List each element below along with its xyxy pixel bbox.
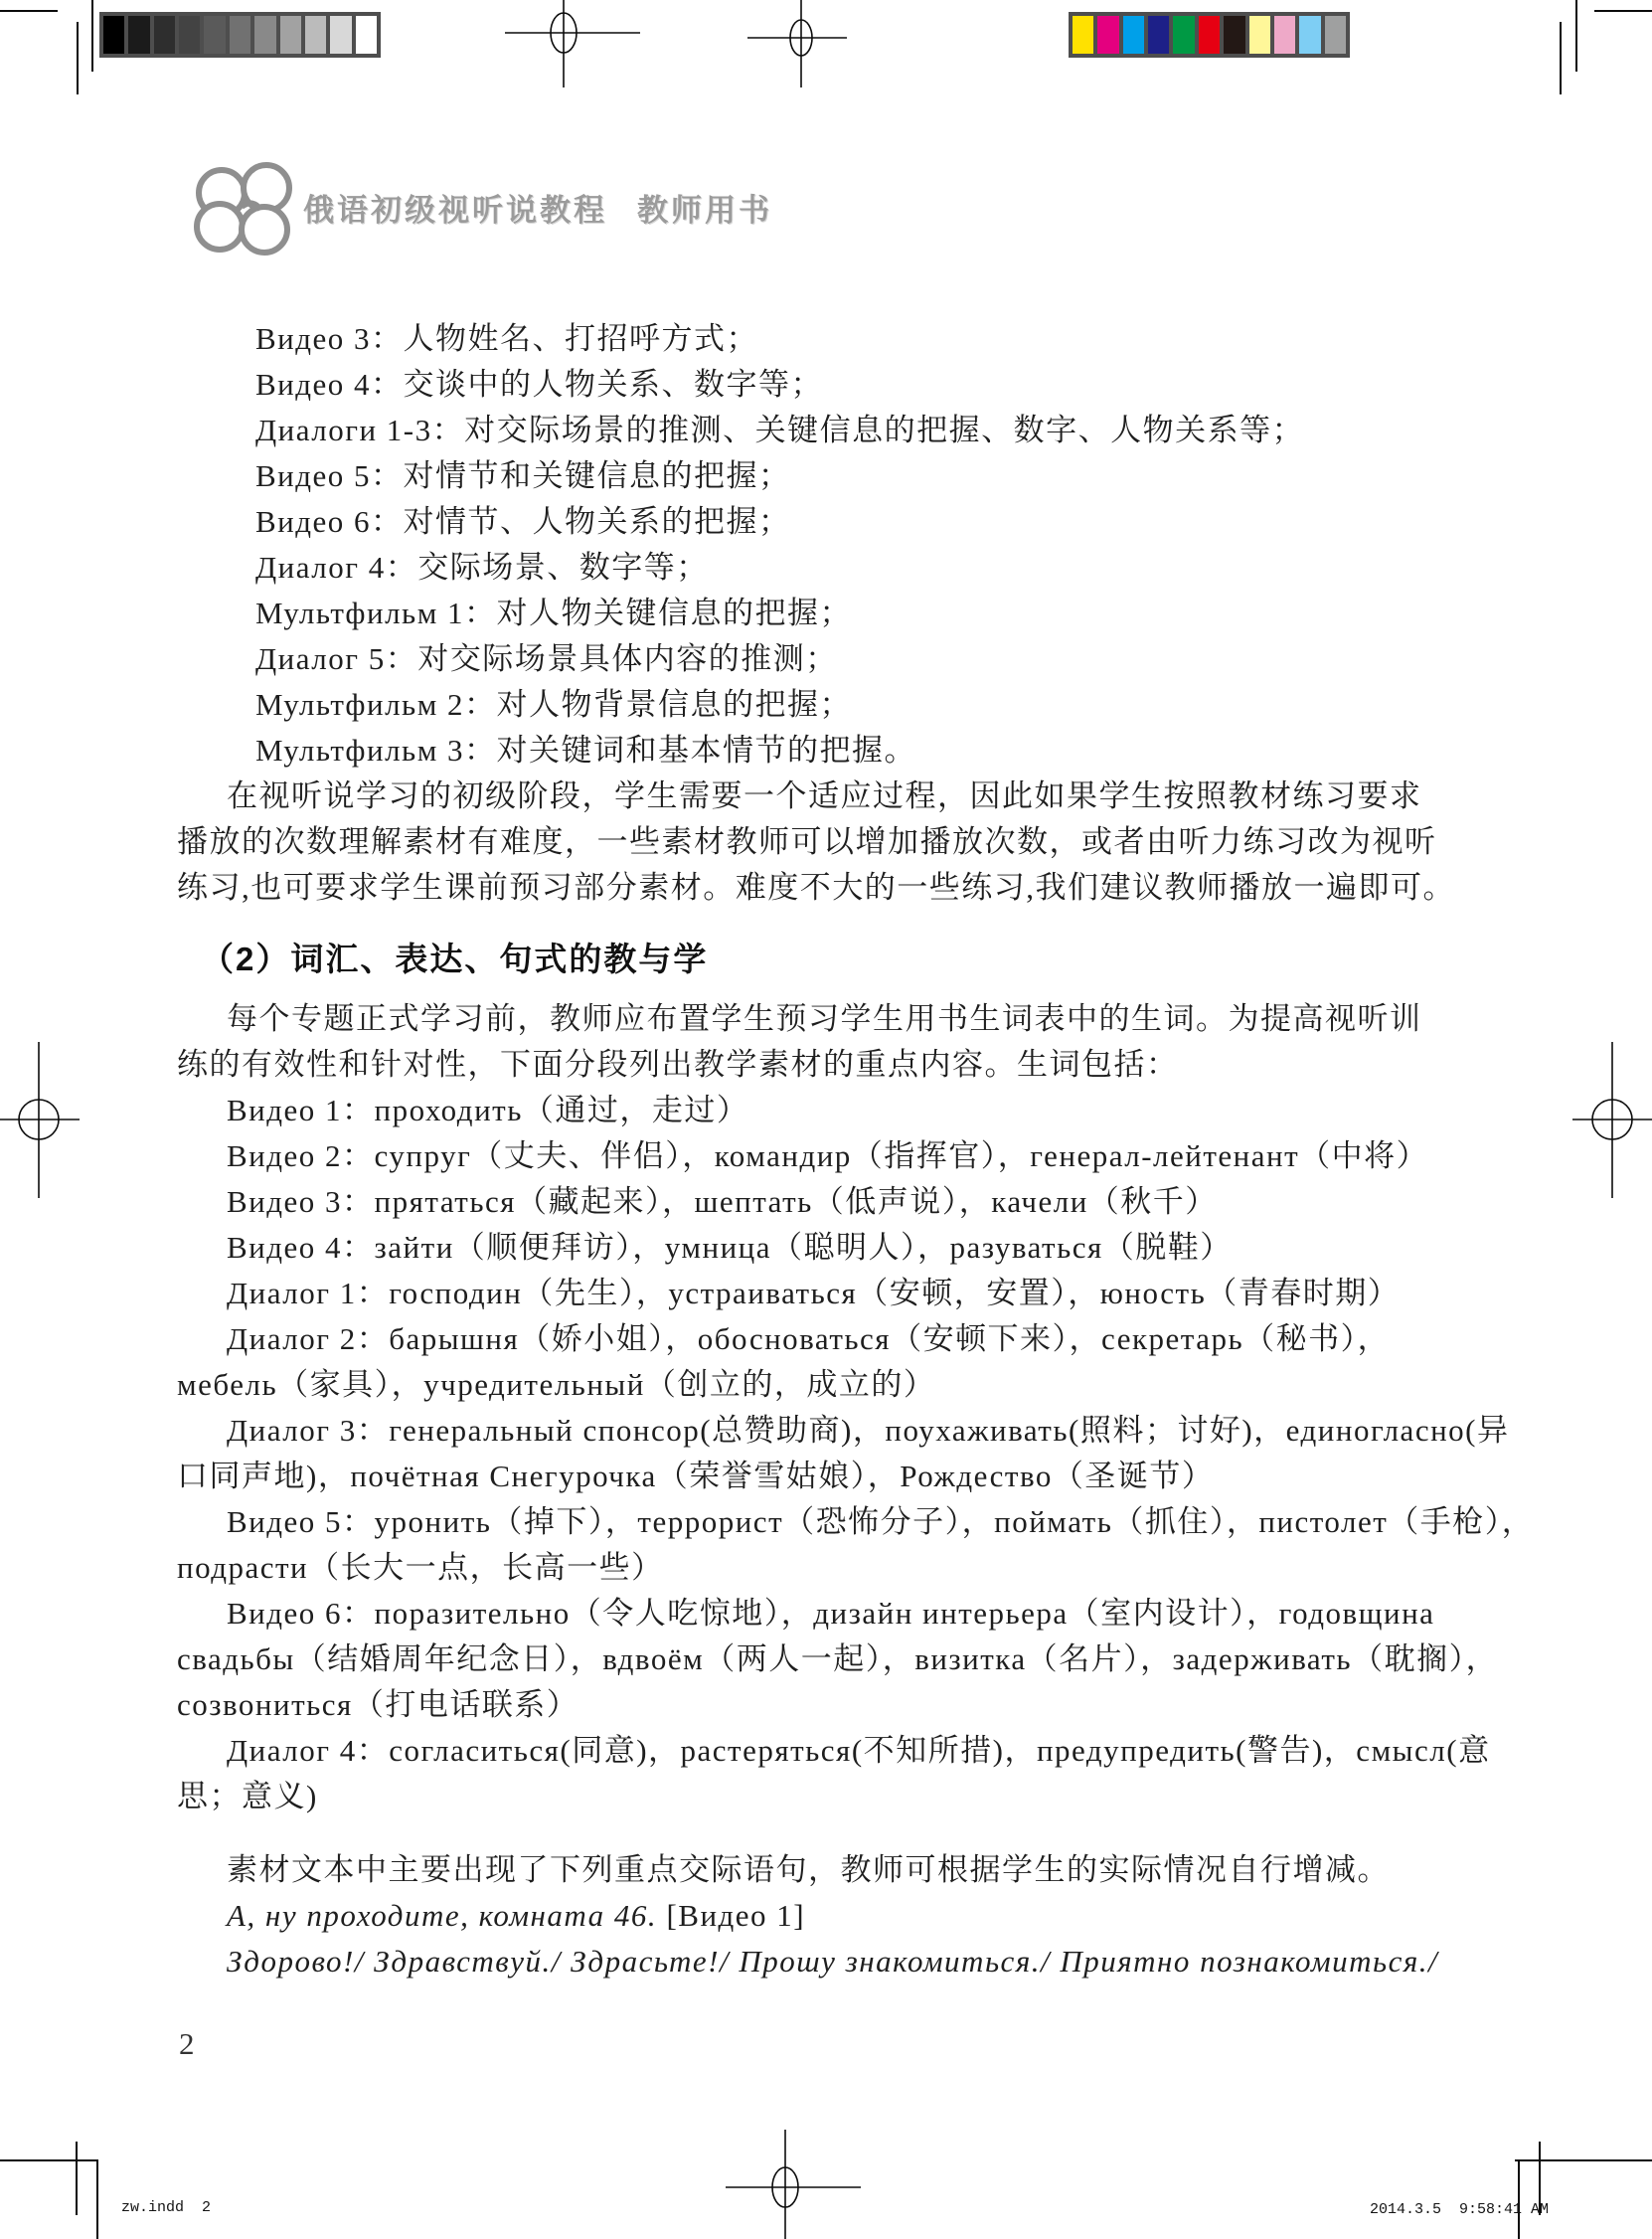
vocab-line: Диалог 1：господин（先生），устраиваться（安顿，安置… <box>177 1271 1489 1316</box>
vocab-line: мебель（家具），учредительный（创立的，成立的） <box>177 1362 1489 1408</box>
registration-target-icon <box>1569 1039 1652 1200</box>
intro-list-line: Видео 4：交谈中的人物关系、数字等； <box>177 362 1489 408</box>
calibration-swatch <box>254 16 275 54</box>
calibration-swatch <box>1123 16 1144 54</box>
paragraph-line: 练习,也可要求学生课前预习部分素材。难度不大的一些练习,我们建议教师播放一遍即可… <box>177 865 1489 911</box>
calibration-swatch <box>356 16 377 54</box>
calibration-swatch <box>1274 16 1295 54</box>
closing-paragraph: 素材文本中主要出现了下列重点交际语句，教师可根据学生的实际情况自行增减。 <box>177 1847 1489 1893</box>
crop-mark <box>76 2142 78 2215</box>
vocab-line: 口同声地)，почётная Снегурочка（荣誉雪姑娘），Рождест… <box>177 1454 1489 1499</box>
calibration-swatch <box>204 16 225 54</box>
vocab-line: Видео 4：зайти（顺便拜访），умница（聪明人），разувать… <box>177 1225 1489 1271</box>
intro-list-line: Мультфильм 3：对关键词和基本情节的把握。 <box>177 728 1489 774</box>
vocab-line: Видео 2：супруг（丈夫、伴侣），командир（指挥官），гене… <box>177 1133 1489 1179</box>
page-body: Видео 3：人物姓名、打招呼方式； Видео 4：交谈中的人物关系、数字等… <box>177 316 1489 1984</box>
page-number: 2 <box>179 2026 196 2062</box>
calibration-swatch <box>1073 16 1093 54</box>
slug-page: 2 <box>202 2199 211 2216</box>
calibration-swatch <box>330 16 351 54</box>
vocab-line: Диалог 3：генеральный спонсор(总赞助商)，поуха… <box>177 1408 1489 1454</box>
book-subtitle: 教师用书 <box>637 193 772 228</box>
example-source-ref: [Видео 1] <box>666 1898 805 1933</box>
registration-target-icon <box>497 0 646 91</box>
calibration-swatch <box>305 16 326 54</box>
print-slug: zw.indd2 <box>121 2199 211 2216</box>
intro-list-line: Мультфильм 1：对人物关键信息的把握； <box>177 591 1489 636</box>
calibration-swatch <box>230 16 250 54</box>
calibration-swatch <box>1299 16 1320 54</box>
intro-list-line: Видео 6：对情节、人物关系的把握； <box>177 499 1489 545</box>
crop-mark <box>1515 2159 1652 2161</box>
calibration-swatch <box>103 16 124 54</box>
calibration-swatch <box>128 16 149 54</box>
vocab-line: созвониться（打电话联系） <box>177 1682 1489 1728</box>
paragraph-line: 播放的次数理解素材有难度，一些素材教师可以增加播放次数，或者由听力练习改为视听 <box>177 819 1489 865</box>
calibration-swatch <box>1199 16 1220 54</box>
vocab-line: Видео 1：проходить（通过，走过） <box>177 1088 1489 1133</box>
slug-filename: zw.indd <box>121 2199 184 2216</box>
intro-list-line: Диалог 5：对交际场景具体内容的推测； <box>177 636 1489 682</box>
crop-mark <box>1575 0 1577 72</box>
calibration-swatch <box>1249 16 1270 54</box>
vocab-line: 思；意义) <box>177 1774 1489 1819</box>
example-sentence-line: Здорово!/ Здравствуй./ Здрасьте!/ Прошу … <box>177 1939 1489 1984</box>
intro-list-line: Видео 5：对情节和关键信息的把握； <box>177 453 1489 499</box>
vocab-line: Видео 3：прятаться（藏起来），шептать（低声说），каче… <box>177 1179 1489 1225</box>
crop-mark <box>96 2159 98 2239</box>
series-title: 俄语初级视听说教程 <box>303 193 607 228</box>
section-heading: （2）词汇、表达、句式的教与学 <box>201 937 1489 982</box>
intro-list-line: Видео 3：人物姓名、打招呼方式； <box>177 316 1489 362</box>
paragraph-line: 在视听说学习的初级阶段，学生需要一个适应过程，因此如果学生按照教材练习要求 <box>177 774 1489 819</box>
crop-mark <box>77 22 79 94</box>
intro-list-line: Диалог 4：交际场景、数字等； <box>177 545 1489 591</box>
crop-mark <box>0 10 58 12</box>
vocab-line: свадьбы（结婚周年纪念日），вдвоём（两人一起），визитка（名片… <box>177 1636 1489 1682</box>
crop-mark <box>0 2159 97 2161</box>
publisher-logo-icon <box>187 157 301 260</box>
print-time: 9:58:41 AM <box>1459 2201 1549 2218</box>
calibration-swatch <box>1148 16 1169 54</box>
calibration-swatch <box>280 16 301 54</box>
vocab-line: подрасти（长大一点，长高一些） <box>177 1545 1489 1591</box>
vocab-line: Видео 5：уронить（掉下），террорист（恐怖分子），пойм… <box>177 1499 1489 1545</box>
calibration-swatch <box>1173 16 1194 54</box>
paragraph-line: 练的有效性和针对性，下面分段列出教学素材的重点内容。生词包括： <box>177 1042 1489 1088</box>
registration-target-icon <box>741 0 855 91</box>
crop-mark <box>1518 2159 1520 2239</box>
crop-mark <box>1560 22 1562 94</box>
example-sentence-line: А, ну проходите, комната 46. [Видео 1] <box>177 1893 1489 1939</box>
print-timestamp: 2014.3.59:58:41 AM <box>1370 2201 1549 2218</box>
registration-target-icon <box>0 1039 84 1200</box>
grayscale-calibration-bar <box>99 12 381 58</box>
calibration-swatch <box>179 16 200 54</box>
registration-target-icon <box>724 2130 863 2239</box>
calibration-swatch <box>1224 16 1244 54</box>
vocab-line: Видео 6：поразительно（令人吃惊地），дизайн интер… <box>177 1591 1489 1636</box>
book-page-scan: 俄语初级视听说教程教师用书 Видео 3：人物姓名、打招呼方式； Видео … <box>0 0 1652 2239</box>
vocab-line: Диалог 4：согласиться(同意)，растеряться(不知所… <box>177 1728 1489 1774</box>
calibration-swatch <box>154 16 175 54</box>
russian-example-italic: А, ну проходите, комната 46. <box>227 1898 657 1933</box>
crop-mark <box>1594 10 1652 12</box>
vocab-line: Диалог 2：барышня（娇小姐），обосноваться（安顿下来）… <box>177 1316 1489 1362</box>
intro-list-line: Диалоги 1-3：对交际场景的推测、关键信息的把握、数字、人物关系等； <box>177 408 1489 453</box>
intro-list-line: Мультфильм 2：对人物背景信息的把握； <box>177 682 1489 728</box>
paragraph-line: 每个专题正式学习前，教师应布置学生预习学生用书生词表中的生词。为提高视听训 <box>177 996 1489 1042</box>
crop-mark <box>91 0 93 72</box>
calibration-swatch <box>1097 16 1118 54</box>
calibration-swatch <box>1325 16 1346 54</box>
color-calibration-bar <box>1069 12 1350 58</box>
page-header-title: 俄语初级视听说教程教师用书 <box>303 185 772 230</box>
print-date: 2014.3.5 <box>1370 2201 1441 2218</box>
